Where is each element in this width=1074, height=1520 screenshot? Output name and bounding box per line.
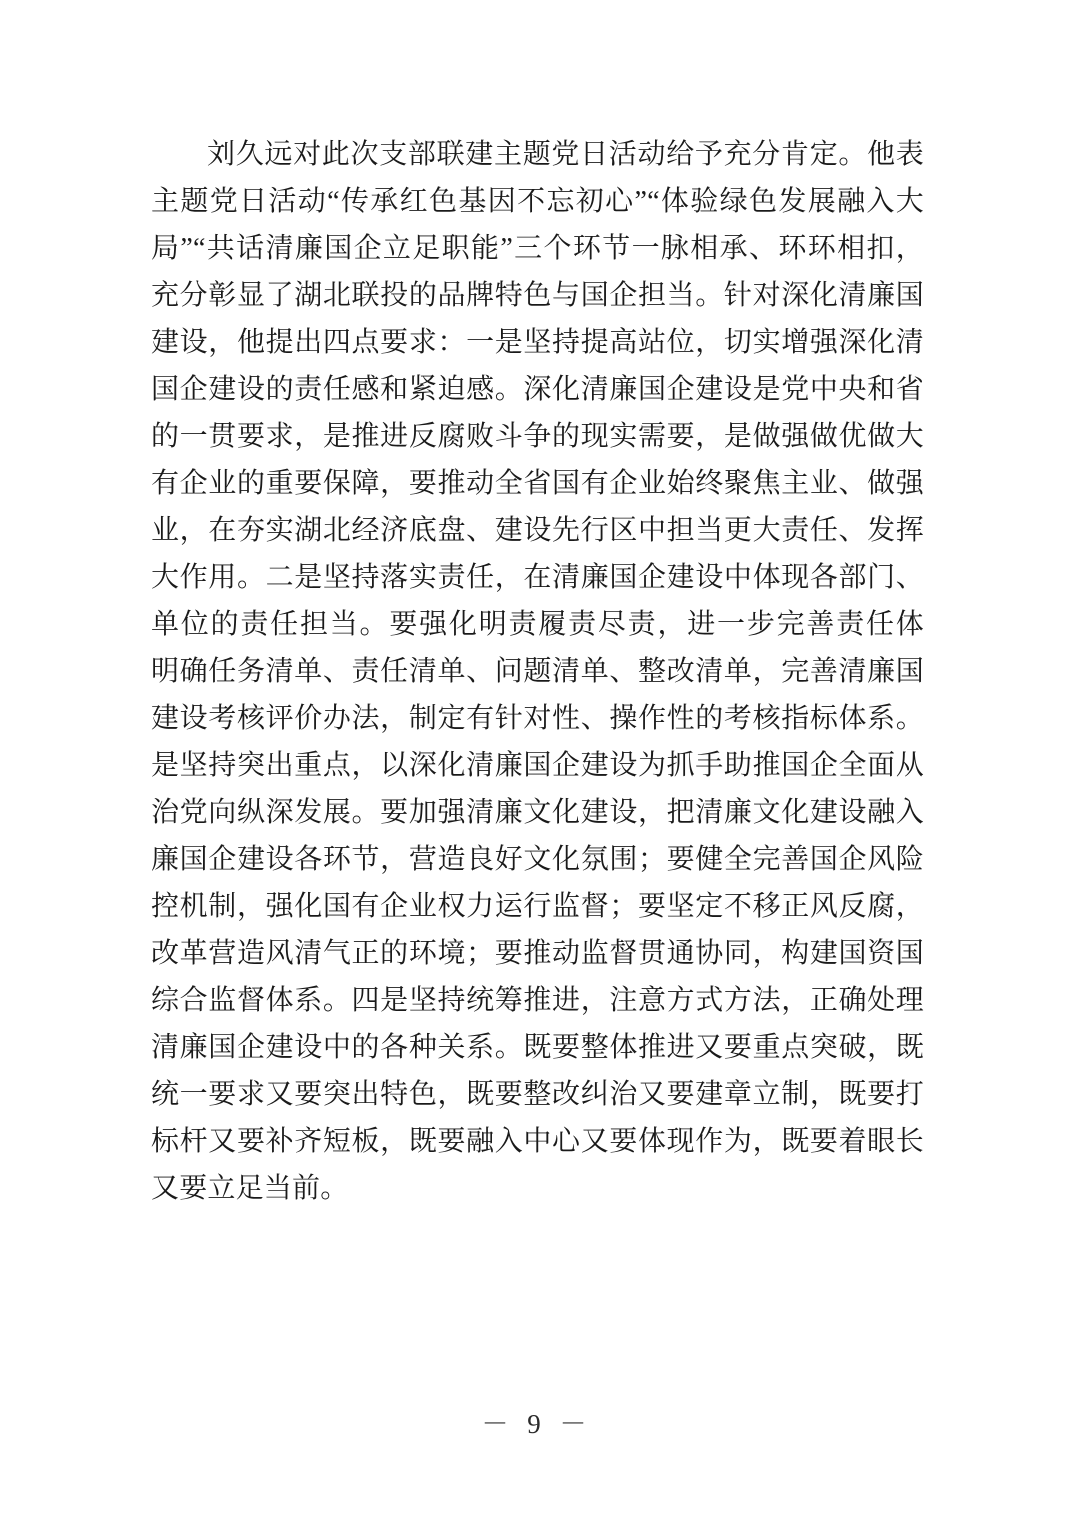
text-line: 明确任务清单、责任清单、问题清单、整改清单，完善清廉国企 bbox=[151, 648, 924, 695]
text-line: 的一贯要求，是推进反腐败斗争的现实需要，是做强做优做大国 bbox=[151, 413, 924, 460]
text-line: 局”“共话清廉国企立足职能”三个环节一脉相承、环环相扣， bbox=[151, 225, 924, 272]
text-line: 建设考核评价办法，制定有针对性、操作性的考核指标体系。三 bbox=[151, 695, 924, 742]
body-text: 刘久远对此次支部联建主题党日活动给予充分肯定。他表示， 主题党日活动“传承红色基… bbox=[151, 131, 924, 1212]
text-line: 有企业的重要保障，要推动全省国有企业始终聚焦主业、做强实 bbox=[151, 460, 924, 507]
document-page: 刘久远对此次支部联建主题党日活动给予充分肯定。他表示， 主题党日活动“传承红色基… bbox=[0, 0, 1074, 1520]
text-line: 治党向纵深发展。要加强清廉文化建设，把清廉文化建设融入清 bbox=[151, 789, 924, 836]
text-line: 大作用。二是坚持落实责任，在清廉国企建设中体现各部门、各 bbox=[151, 554, 924, 601]
page-number: － 9 － bbox=[482, 1409, 593, 1439]
text-line: 主题党日活动“传承红色基因不忘初心”“体验绿色发展融入大 bbox=[151, 178, 924, 225]
text-line: 综合监督体系。四是坚持统筹推进，注意方式方法，正确处理好 bbox=[151, 977, 924, 1024]
text-line: 改革营造风清气正的环境；要推动监督贯通协同，构建国资国企 bbox=[151, 930, 924, 977]
text-line: 刘久远对此次支部联建主题党日活动给予充分肯定。他表示， bbox=[151, 131, 924, 178]
text-line: 单位的责任担当。要强化明责履责尽责，进一步完善责任体系， bbox=[151, 601, 924, 648]
text-line: 又要立足当前。 bbox=[151, 1165, 924, 1212]
text-line: 业，在夯实湖北经济底盘、建设先行区中担当更大责任、发挥更 bbox=[151, 507, 924, 554]
text-line: 廉国企建设各环节，营造良好文化氛围；要健全完善国企风险防 bbox=[151, 836, 924, 883]
text-line: 标杆又要补齐短板，既要融入中心又要体现作为，既要着眼长远 bbox=[151, 1118, 924, 1165]
text-line: 充分彰显了湖北联投的品牌特色与国企担当。针对深化清廉国企 bbox=[151, 272, 924, 319]
text-line: 统一要求又要突出特色，既要整改纠治又要建章立制，既要打造 bbox=[151, 1071, 924, 1118]
text-line: 清廉国企建设中的各种关系。既要整体推进又要重点突破，既要 bbox=[151, 1024, 924, 1071]
text-line: 控机制，强化国有企业权力运行监督；要坚定不移正风反腐，为 bbox=[151, 883, 924, 930]
text-line: 国企建设的责任感和紧迫感。深化清廉国企建设是党中央和省委 bbox=[151, 366, 924, 413]
page-footer: － 9 － bbox=[0, 1402, 1074, 1441]
text-line: 建设，他提出四点要求：一是坚持提高站位，切实增强深化清廉 bbox=[151, 319, 924, 366]
text-line: 是坚持突出重点，以深化清廉国企建设为抓手助推国企全面从严 bbox=[151, 742, 924, 789]
